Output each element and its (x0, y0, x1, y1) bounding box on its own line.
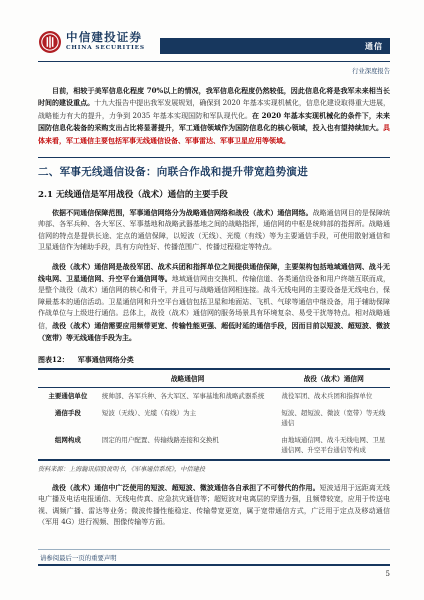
report-type-label: 行业深度报告 (38, 66, 390, 75)
logo-text: 中信建投证券 CHINA SECURITIES (66, 32, 145, 51)
table-cell: 统帅部、各军兵种、各大军区、军事基地和战略武器系统 (98, 387, 278, 405)
exhibit-caption-label: 图表12： (38, 355, 69, 364)
table-column-header: 战略通信网 (98, 369, 278, 388)
table-cell: 短波（无线）、光缆（有线）为主 (98, 405, 278, 432)
exhibit-caption-title: 军事通信网络分类 (78, 355, 134, 364)
table-column-header: 战役（战术）通信网 (277, 369, 390, 388)
header: 中信建投证券 CHINA SECURITIES 通信 (0, 0, 424, 58)
footer: 请参阅最后一页的重要声明 5 (38, 549, 390, 578)
sector-bar: 通信 (160, 38, 390, 54)
paragraph-tactical-network: 战役（战术）通信网是战役军团、战术兵团和指挥单位之间提供通信保障，主要架构包括地… (38, 261, 390, 345)
table-row: 组网构成固定的用户配置、传输线路连接和交换机由地域通信网、战斗无线电网、卫星通信… (38, 432, 390, 460)
section-title: 二、军事无线通信设备：向联合作战和提升带宽趋势演进 (38, 164, 390, 179)
text-run: 战役（战术）通信需要应用频带更宽、传输性能更强、超低时延的通信手段，因而目前以短… (38, 321, 390, 342)
table-cell: 固定的用户配置、传输线路连接和交换机 (98, 432, 278, 460)
report-page: 中信建投证券 CHINA SECURITIES 通信 行业深度报告 目前，相较于… (0, 0, 424, 600)
paragraph-strategic-network: 依据不同通信保障范围，军事通信网络分为战略通信网络和战役（战术）通信网络。战略通… (38, 207, 390, 254)
footer-bottom-rule (38, 564, 390, 566)
text-run: 依据不同通信保障范围，军事通信网络分为战略通信网络和战役（战术）通信网络。 (52, 208, 313, 217)
table-cell: 短波、超短波、微波（宽带）等无线通信 (277, 405, 390, 432)
exhibit-caption: 图表12：军事通信网络分类 (38, 355, 390, 365)
table-cell: 由地域通信网、战斗无线电网、卫星通信网、升空平台通信等构成 (277, 432, 390, 460)
paragraph-overview: 目前，相较于美军信息化程度 70%以上的情况，我军信息化程度仍然较低，因此信息化… (38, 85, 390, 147)
paragraph-wave-bands: 战役（战术）通信中广泛使用的短波、超短波、微波通信各自承担了不可替代的作用。短波… (38, 482, 390, 529)
table-column-header (38, 369, 98, 388)
table-row: 通信手段短波（无线）、光缆（有线）为主短波、超短波、微波（宽带）等无线通信 (38, 405, 390, 432)
brand-name-en: CHINA SECURITIES (66, 46, 145, 52)
text-run: 战役（战术）通信中广泛使用的短波、超短波、微波通信各自承担了不可替代的作用。 (52, 483, 320, 492)
exhibit-12: 图表12：军事通信网络分类 战略通信网战役（战术）通信网主要通信单位统帅部、各军… (38, 355, 390, 473)
table-row-label: 组网构成 (38, 432, 98, 460)
section-heading-block: 二、军事无线通信设备：向联合作战和提升带宽趋势演进 (38, 157, 390, 179)
footer-disclaimer: 请参阅最后一页的重要声明 (38, 550, 390, 564)
table-source: 资料来源：上海瀚讯招股说明书，《军事通信系统》，中信建投 (38, 464, 390, 473)
table-row-label: 主要通信单位 (38, 387, 98, 405)
table-row: 主要通信单位统帅部、各军兵种、各大军区、军事基地和战略武器系统战役军团、战术兵团… (38, 387, 390, 405)
page-number: 5 (38, 570, 390, 578)
table-row-label: 通信手段 (38, 405, 98, 432)
subsection-title: 2.1 无线通信是军用战役（战术）通信的主要手段 (38, 188, 390, 200)
citic-logo-icon (38, 30, 62, 54)
header-rule (38, 61, 390, 62)
brand-name-cn: 中信建投证券 (66, 32, 145, 44)
table-cell: 战役军团、战术兵团和指挥单位 (277, 387, 390, 405)
table-header-row: 战略通信网战役（战术）通信网 (38, 369, 390, 388)
exhibit-table: 战略通信网战役（战术）通信网主要通信单位统帅部、各军兵种、各大军区、军事基地和战… (38, 368, 390, 461)
sector-tag: 通信 (365, 41, 383, 51)
